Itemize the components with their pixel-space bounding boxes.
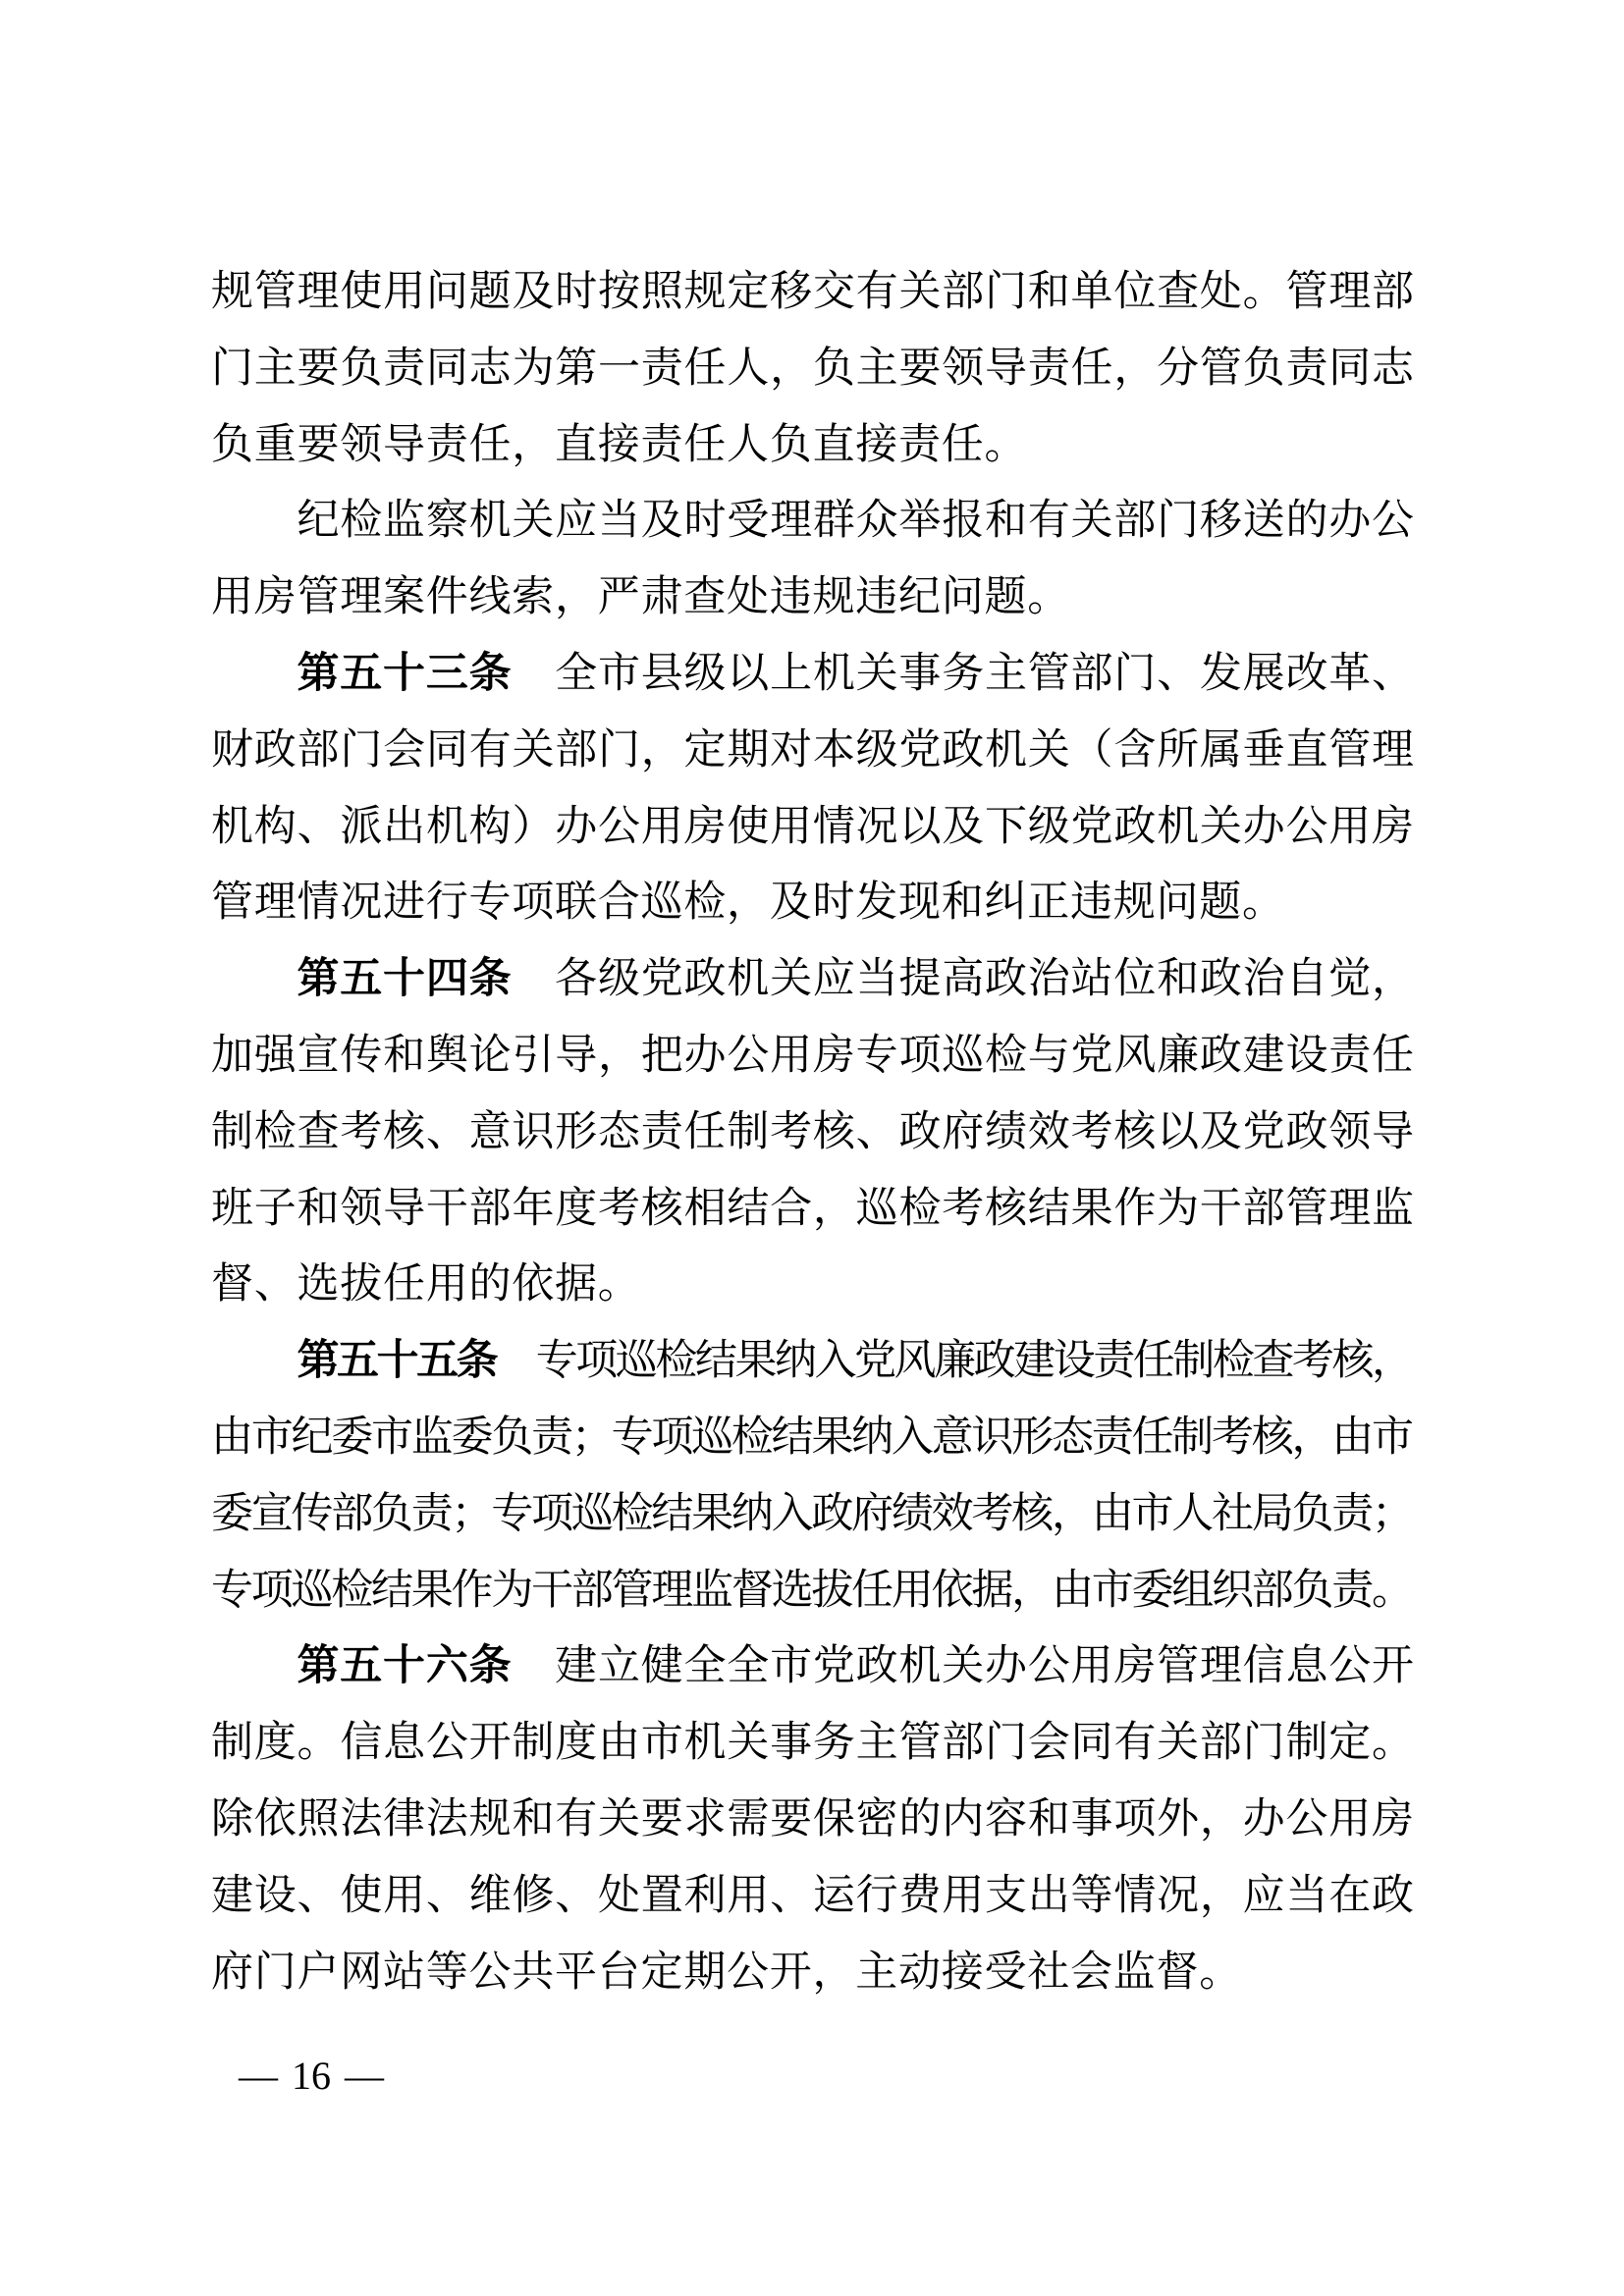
line-text: 班子和领导干部年度考核相结合，巡检考核结果作为干部管理监 [211,1186,1415,1232]
text-line: 专项巡检结果作为干部管理监督选拔任用依据，由市委组织部负责。 [211,1553,1414,1629]
text-line: 财政部门会同有关部门，定期对本级党政机关（含所属垂直管理 [211,713,1414,789]
text-line: 用房管理案件线索，严肃查处违规违纪问题。 [211,560,1414,636]
document-body: 规管理使用问题及时按照规定移交有关部门和单位查处。管理部门主要负责同志为第一责任… [211,254,1414,2010]
line-text: 专项巡检结果纳入党风廉政建设责任制检查考核， [496,1338,1411,1384]
text-line: 制检查考核、意识形态责任制考核、政府绩效考核以及党政领导 [211,1095,1414,1171]
line-text: 建立健全全市党政机关办公用房管理信息公开 [512,1643,1414,1689]
line-text: 纪检监察机关应当及时受理群众举报和有关部门移送的办公 [298,498,1415,544]
page-footer: —16— [239,2047,384,2106]
text-line: 第五十六条 建立健全全市党政机关办公用房管理信息公开 [211,1629,1414,1705]
line-text: 用房管理案件线索，严肃查处违规违纪问题。 [211,574,1070,620]
line-text: 府门户网站等公共平台定期公开，主动接受社会监督。 [211,1949,1242,1996]
text-line: 第五十四条 各级党政机关应当提高政治站位和政治自觉， [211,941,1414,1018]
line-text: 委宣传部负责；专项巡检结果纳入政府绩效考核，由市人社局负责； [211,1491,1412,1537]
text-line: 制度。信息公开制度由市机关事务主管部门会同有关部门制定。 [211,1705,1414,1782]
article-number: 第五十四条 [298,956,513,1002]
article-number: 第五十五条 [298,1338,497,1384]
text-line: 规管理使用问题及时按照规定移交有关部门和单位查处。管理部 [211,254,1414,331]
line-text: 门主要负责同志为第一责任人，负主要领导责任，分管负责同志 [211,346,1415,392]
line-text: 机构、派出机构）办公用房使用情况以及下级党政机关办公用房 [211,804,1415,850]
text-line: 第五十五条 专项巡检结果纳入党风廉政建设责任制检查考核， [211,1323,1414,1400]
line-text: 建设、使用、维修、处置利用、运行费用支出等情况，应当在政 [211,1873,1415,1919]
line-text: 督、选拔任用的依据。 [211,1261,641,1308]
line-text: 财政部门会同有关部门，定期对本级党政机关（含所属垂直管理 [211,727,1415,774]
line-text: 制度。信息公开制度由市机关事务主管部门会同有关部门制定。 [211,1720,1415,1766]
text-line: 督、选拔任用的依据。 [211,1247,1414,1323]
line-text: 专项巡检结果作为干部管理监督选拔任用依据，由市委组织部负责。 [211,1568,1412,1614]
line-text: 加强宣传和舆论引导，把办公用房专项巡检与党风廉政建设责任 [211,1033,1415,1079]
footer-right-dash: — [345,2054,384,2098]
document-page: 规管理使用问题及时按照规定移交有关部门和单位查处。管理部门主要负责同志为第一责任… [0,0,1624,2296]
line-text: 由市纪委市监委负责；专项巡检结果纳入意识形态责任制考核，由市 [211,1415,1412,1461]
line-text: 管理情况进行专项联合巡检，及时发现和纠正违规问题。 [211,880,1285,926]
text-line: 负重要领导责任，直接责任人负直接责任。 [211,407,1414,484]
text-line: 机构、派出机构）办公用房使用情况以及下级党政机关办公用房 [211,789,1414,866]
text-line: 管理情况进行专项联合巡检，及时发现和纠正违规问题。 [211,865,1414,941]
line-text: 制检查考核、意识形态责任制考核、政府绩效考核以及党政领导 [211,1109,1415,1155]
line-text: 全市县级以上机关事务主管部门、发展改革、 [512,651,1414,697]
text-line: 除依照法律法规和有关要求需要保密的内容和事项外，办公用房 [211,1782,1414,1858]
line-text: 规管理使用问题及时按照规定移交有关部门和单位查处。管理部 [211,269,1415,315]
line-text: 负重要领导责任，直接责任人负直接责任。 [211,422,1027,468]
text-line: 门主要负责同志为第一责任人，负主要领导责任，分管负责同志 [211,331,1414,407]
page-number: 16 [292,2054,331,2098]
article-number: 第五十三条 [298,651,513,697]
text-line: 第五十三条 全市县级以上机关事务主管部门、发展改革、 [211,636,1414,713]
line-text: 除依照法律法规和有关要求需要保密的内容和事项外，办公用房 [211,1796,1415,1842]
text-line: 班子和领导干部年度考核相结合，巡检考核结果作为干部管理监 [211,1171,1414,1248]
text-line: 由市纪委市监委负责；专项巡检结果纳入意识形态责任制考核，由市 [211,1400,1414,1476]
text-line: 委宣传部负责；专项巡检结果纳入政府绩效考核，由市人社局负责； [211,1476,1414,1553]
text-line: 加强宣传和舆论引导，把办公用房专项巡检与党风廉政建设责任 [211,1018,1414,1095]
footer-left-dash: — [239,2054,278,2098]
article-number: 第五十六条 [298,1643,513,1689]
text-line: 纪检监察机关应当及时受理群众举报和有关部门移送的办公 [211,483,1414,560]
text-line: 府门户网站等公共平台定期公开，主动接受社会监督。 [211,1935,1414,2011]
line-text: 各级党政机关应当提高政治站位和政治自觉， [512,956,1414,1002]
text-line: 建设、使用、维修、处置利用、运行费用支出等情况，应当在政 [211,1858,1414,1935]
